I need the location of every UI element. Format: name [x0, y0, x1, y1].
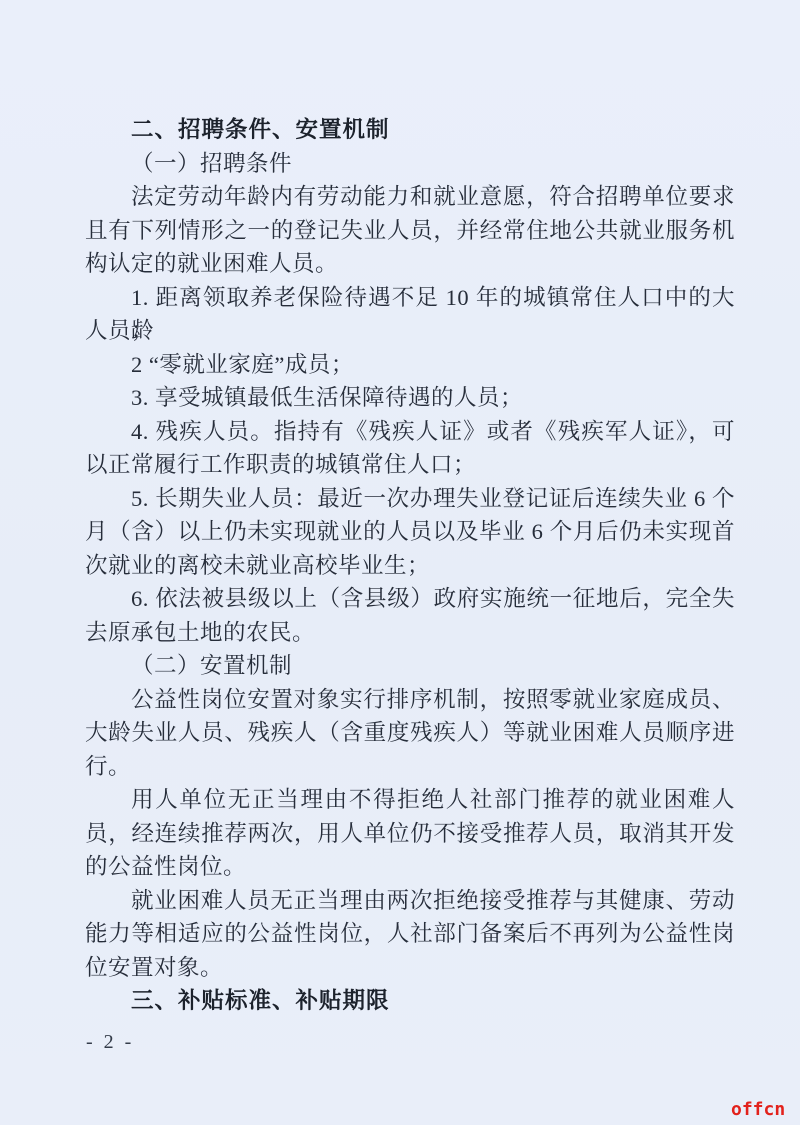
text-line: 位安置对象。	[85, 951, 735, 985]
offcn-watermark: offcn	[731, 1099, 785, 1121]
text-line: 公益性岗位安置对象实行排序机制，按照零就业家庭成员、	[85, 683, 735, 717]
text-line: 1. 距离领取养老保险待遇不足 10 年的城镇常住人口中的大龄	[85, 281, 735, 315]
text-line: 6. 依法被县级以上（含县级）政府实施统一征地后，完全失	[85, 582, 735, 616]
text-line: 4. 残疾人员。指持有《残疾人证》或者《残疾军人证》，可	[85, 415, 735, 449]
page-number: - 2 -	[86, 1029, 134, 1055]
text-line: 大龄失业人员、残疾人（含重度残疾人）等就业困难人员顺序进	[85, 716, 735, 750]
text-line: 以正常履行工作职责的城镇常住人口；	[85, 448, 735, 482]
text-line: 的公益性岗位。	[85, 850, 735, 884]
text-line: 员，经连续推荐两次，用人单位仍不接受推荐人员，取消其开发	[85, 817, 735, 851]
text-line: 且有下列情形之一的登记失业人员，并经常住地公共就业服务机	[85, 214, 735, 248]
text-line: 2 “零就业家庭”成员；	[85, 348, 735, 382]
text-line: 人员；	[85, 314, 735, 348]
section-heading: 三、补贴标准、补贴期限	[85, 984, 735, 1018]
text-line: 去原承包土地的农民。	[85, 616, 735, 650]
text-line: 用人单位无正当理由不得拒绝人社部门推荐的就业困难人	[85, 783, 735, 817]
text-line: 构认定的就业困难人员。	[85, 247, 735, 281]
text-line: （一）招聘条件	[85, 147, 735, 181]
text-line: 次就业的离校未就业高校毕业生；	[85, 549, 735, 583]
text-line: 就业困难人员无正当理由两次拒绝接受推荐与其健康、劳动	[85, 884, 735, 918]
document-page: 二、招聘条件、安置机制（一）招聘条件法定劳动年龄内有劳动能力和就业意愿，符合招聘…	[0, 0, 800, 1125]
text-line: 3. 享受城镇最低生活保障待遇的人员；	[85, 381, 735, 415]
text-line: （二）安置机制	[85, 649, 735, 683]
section-heading: 二、招聘条件、安置机制	[85, 113, 735, 147]
text-line: 月（含）以上仍未实现就业的人员以及毕业 6 个月后仍未实现首	[85, 515, 735, 549]
document-body: 二、招聘条件、安置机制（一）招聘条件法定劳动年龄内有劳动能力和就业意愿，符合招聘…	[85, 113, 735, 1018]
text-line: 能力等相适应的公益性岗位，人社部门备案后不再列为公益性岗	[85, 917, 735, 951]
text-line: 行。	[85, 750, 735, 784]
text-line: 法定劳动年龄内有劳动能力和就业意愿，符合招聘单位要求	[85, 180, 735, 214]
text-line: 5. 长期失业人员：最近一次办理失业登记证后连续失业 6 个	[85, 482, 735, 516]
